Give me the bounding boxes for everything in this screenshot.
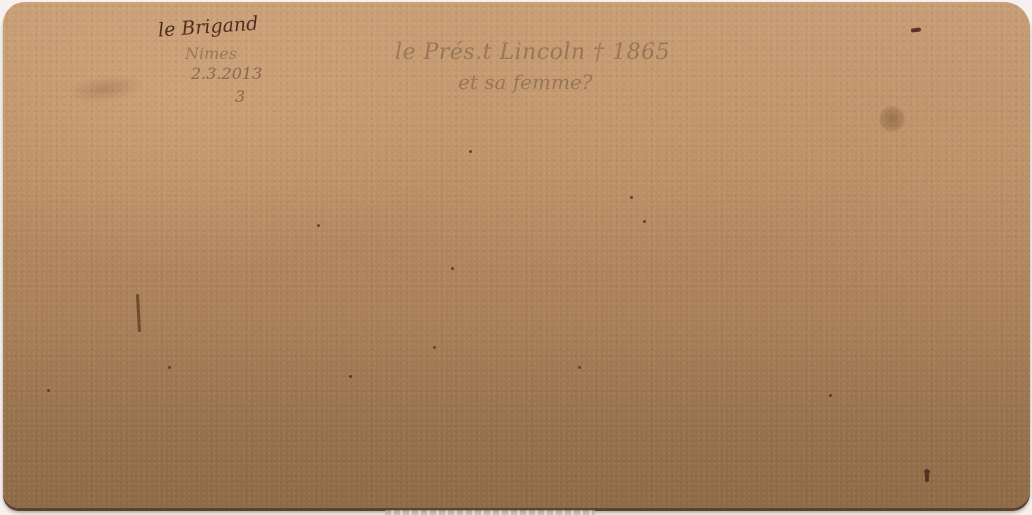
stereoview-card-back: le Brigand Nimes 2.3.2013 3 le Prés.t Li…: [3, 2, 1030, 508]
ink-mark: [911, 27, 921, 32]
scratch-mark: [136, 294, 141, 332]
speck: [829, 394, 832, 397]
owner-note-city: Nimes: [185, 46, 237, 62]
speck: [469, 150, 472, 153]
subject-note-line2: et sa femme?: [458, 72, 593, 92]
speck: [630, 196, 633, 199]
speck: [47, 389, 50, 392]
subject-note-line1: le Prés.t Lincoln † 1865: [395, 42, 670, 64]
speck: [433, 346, 436, 349]
speck: [643, 220, 646, 223]
speck: [349, 375, 352, 378]
round-stain: [879, 106, 905, 132]
speck: [451, 267, 454, 270]
speck: [168, 366, 171, 369]
photo-stage: le Brigand Nimes 2.3.2013 3 le Prés.t Li…: [0, 0, 1032, 515]
underlying-label-edge: [385, 510, 595, 515]
owner-note-number: 3: [235, 89, 245, 105]
speck: [317, 224, 320, 227]
owner-note-name: le Brigand: [157, 15, 258, 41]
speck: [578, 366, 581, 369]
owner-note-date: 2.3.2013: [191, 66, 262, 82]
smudge-stain: [64, 72, 146, 106]
pin-mark: [925, 471, 929, 482]
